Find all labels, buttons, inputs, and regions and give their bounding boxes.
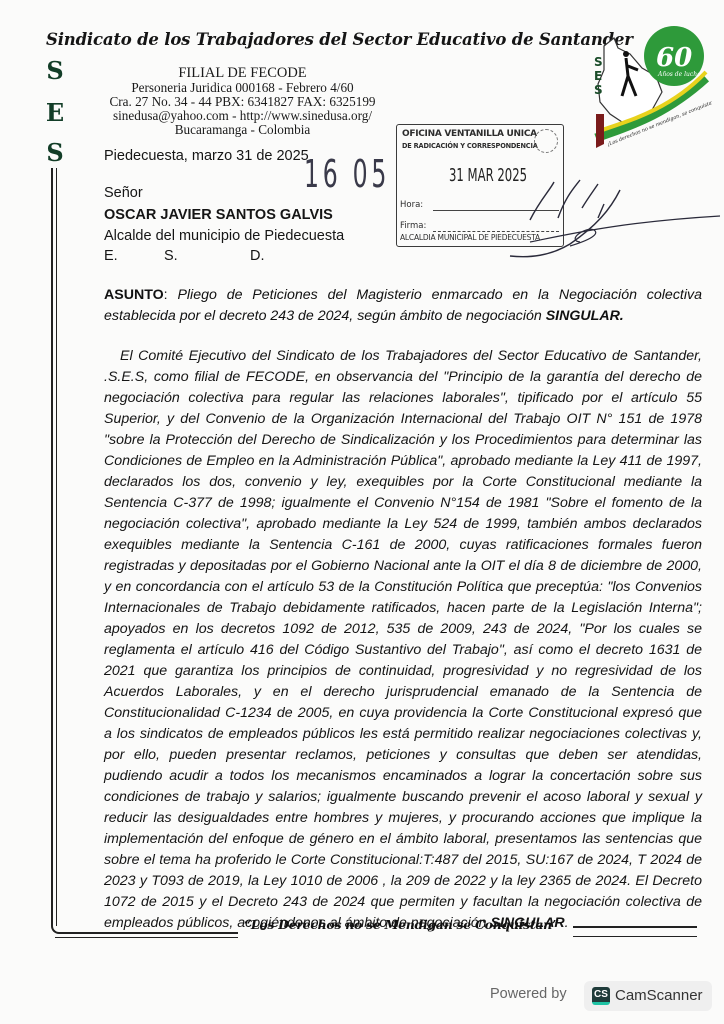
contact-line: sinedusa@yahoo.com - http://www.sinedusa…: [100, 109, 385, 123]
camscanner-badge[interactable]: CS CamScanner: [584, 981, 712, 1011]
recipient-title: Alcalde del municipio de Piedecuesta: [104, 228, 344, 244]
reception-stamp: OFICINA VENTANILLA UNICA DE RADICACIÓN Y…: [396, 124, 564, 247]
stamp-office-line: OFICINA VENTANILLA UNICA: [402, 129, 537, 139]
scanned-letter-page: Sindicato de los Trabajadores del Sector…: [0, 0, 724, 1024]
place-date: Piedecuesta, marzo 31 de 2025: [104, 148, 309, 164]
body-line: por ello, pueden presentar reclamos, pet…: [104, 745, 702, 766]
body-line: pudiendo acudir a todos los mecanismos e…: [104, 766, 702, 787]
body-line: El Comité Ejecutivo del Sindicato de los…: [104, 346, 702, 367]
body-line: exequibles mediante la Sentencia C-161 d…: [104, 535, 702, 556]
body-line: Superior, y del Convenio de la Organizac…: [104, 409, 702, 430]
body-line: "sobre la Protección del Derecho de Sind…: [104, 430, 702, 451]
bottom-border-rule-left: [51, 922, 238, 934]
body-line: 1072 de 2015 y el Decreto 243 de 2024 qu…: [104, 892, 702, 913]
letterhead-info: FILIAL DE FECODE Personeria Juridica 000…: [100, 66, 385, 137]
radicado-number: 16 05: [304, 152, 390, 196]
body-line: declarados los dos, convenio y ley, exeq…: [104, 472, 702, 493]
subject-emphasis: SINGULAR.: [546, 308, 624, 324]
svg-text:E: E: [594, 69, 602, 83]
body-line: negociación colectiva", aprobado mediant…: [104, 514, 702, 535]
body-line: Sentencia C-377 de 1998; igualmente el C…: [104, 493, 702, 514]
body-line: y en concordancia con el artículo 53 de …: [104, 577, 702, 598]
filial-line: FILIAL DE FECODE: [100, 66, 385, 81]
seal-icon: [534, 129, 558, 153]
address-line: Cra. 27 No. 34 - 44 PBX: 6341827 FAX: 63…: [100, 95, 385, 109]
side-letter-e: E: [42, 98, 68, 127]
organization-name: Sindicato de los Trabajadores del Sector…: [46, 30, 566, 49]
body-line: Constitucionalidad C-1234 de 2005, en cu…: [104, 703, 702, 724]
body-line: Internacionales de Trabajo debidamente r…: [104, 598, 702, 619]
body-line: Condiciones de Empleo en la Administraci…: [104, 451, 702, 472]
stamp-date: 31 MAR 2025: [449, 165, 527, 186]
subject-label: ASUNTO: [104, 287, 164, 303]
stamp-alcaldia-line: ALCALDIA MUNICIPAL DE PIEDECUESTA: [400, 233, 540, 242]
body-line: apoyados en los decretos 1092 de 2012, 5…: [104, 619, 702, 640]
body-line: implementación del enfoque de género en …: [104, 829, 702, 850]
body-line: Acuerdos Laborales, y en el derecho juri…: [104, 682, 702, 703]
side-letter-s1: S: [42, 56, 68, 85]
body-line: condiciones de trabajo y salarios; igual…: [104, 787, 702, 808]
camscanner-name: CamScanner: [615, 987, 703, 1004]
body-line: reglamenta el artículo 416 del Código Su…: [104, 640, 702, 661]
stamp-firma-label: Firma:: [400, 221, 426, 231]
anniversary-number: 60: [656, 43, 692, 73]
side-letter-s2: S: [42, 138, 68, 167]
subject-block: ASUNTO: Pliego de Peticiones del Magiste…: [104, 285, 702, 327]
esd-d: D.: [250, 248, 265, 264]
svg-text:S: S: [594, 83, 603, 97]
body-line: negociación colectiva para regular las r…: [104, 388, 702, 409]
salutation: Señor: [104, 185, 143, 201]
left-border-rule: [51, 168, 57, 926]
powered-by-label: Powered by: [490, 986, 567, 1002]
body-line: .S.E.S, como filial de FECODE, en observ…: [104, 367, 702, 388]
body-paragraph: El Comité Ejecutivo del Sindicato de los…: [104, 346, 702, 934]
esd-s: S.: [164, 248, 178, 264]
esd-e: E.: [104, 248, 118, 264]
stamp-hora-label: Hora:: [400, 200, 423, 210]
footer-motto: “Los Derechos no se Mendigan se Conquist…: [244, 917, 559, 932]
body-line: 2023 y T093 de 2019, la Ley 1010 de 2006…: [104, 871, 702, 892]
body-line: registradas y depositadas por el Gobiern…: [104, 556, 702, 577]
camscanner-icon: CS: [592, 987, 610, 1005]
anniversary-label: Años de lucha: [657, 71, 701, 78]
personeria-line: Personeria Juridica 000168 - Febrero 4/6…: [100, 81, 385, 95]
body-line: reducir las desigualdades entre hombres …: [104, 808, 702, 829]
city-line: Bucaramanga - Colombia: [100, 123, 385, 137]
recipient-name: OSCAR JAVIER SANTOS GALVIS: [104, 207, 333, 223]
body-line: a los sindicatos de empleados públicos l…: [104, 724, 702, 745]
stamp-firma-line: [433, 231, 559, 232]
stamp-hora-line: [433, 210, 559, 211]
ses-60-years-logo: 60 Años de lucha S E S ¡Los derechos no …: [582, 18, 712, 150]
svg-text:S: S: [594, 55, 603, 69]
bottom-border-rule-right: [573, 926, 697, 937]
stamp-department-line: DE RADICACIÓN Y CORRESPONDENCIA: [402, 142, 538, 150]
body-line: sobre el tema ha proferido le Corte Cons…: [104, 850, 702, 871]
body-line: 2021 que garantiza los principios de con…: [104, 661, 702, 682]
